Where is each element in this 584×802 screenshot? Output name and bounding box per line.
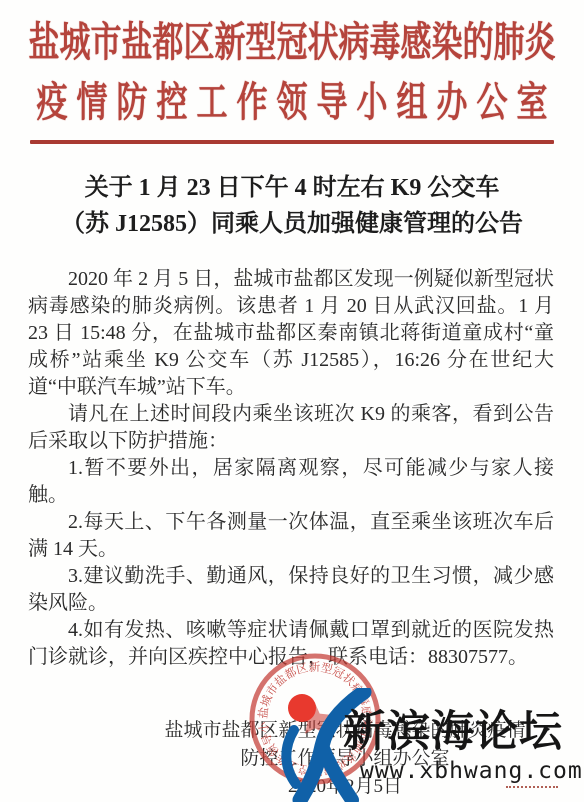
notice-paragraph: 2020 年 2 月 5 日，盐城市盐都区发现一例疑似新型冠状病毒感染的肺炎病例… — [28, 266, 554, 401]
notice-body: 2020 年 2 月 5 日，盐城市盐都区发现一例疑似新型冠状病毒感染的肺炎病例… — [28, 266, 554, 671]
letterhead-line-2-text: 疫情防控工作领导小组办公室 — [28, 67, 557, 138]
signature-org-line-2: 防控工作领导小组办公室 — [106, 745, 584, 773]
notice-paragraph: 2.每天上、下午各测量一次体温，直至乘坐该班次车后满 14 天。 — [28, 509, 554, 563]
notice-paragraph: 1.暂不要外出，居家隔离观察，尽可能减少与家人接触。 — [28, 455, 554, 509]
letterhead-line-2: 疫情防控工作领导小组办公室 — [0, 76, 584, 136]
document-title-line-2: （苏 J12585）同乘人员加强健康管理的公告 — [0, 206, 584, 242]
notice-document: 盐城市盐都区新型冠状病毒感染的肺炎 疫情防控工作领导小组办公室 关于 1 月 2… — [0, 0, 584, 802]
notice-paragraph: 4.如有发热、咳嗽等症状请佩戴口罩到就近的医院发热门诊就诊，并向区疾控中心报告，… — [28, 617, 554, 671]
document-title: 关于 1 月 23 日下午 4 时左右 K9 公交车 （苏 J12585）同乘人… — [0, 170, 584, 242]
letterhead: 盐城市盐都区新型冠状病毒感染的肺炎 疫情防控工作领导小组办公室 — [0, 0, 584, 144]
notice-paragraph: 3.建议勤洗手、勤通风，保持良好的卫生习惯，减少感染风险。 — [28, 563, 554, 617]
document-title-line-1: 关于 1 月 23 日下午 4 时左右 K9 公交车 — [0, 170, 584, 206]
notice-paragraph: 请凡在上述时间段内乘坐该班次 K9 的乘客，看到公告后采取以下防护措施： — [28, 401, 554, 455]
signature-date: 2020年2月5日 — [106, 773, 584, 801]
signature-org-line-1: 盐城市盐都区新型冠状病毒感染的肺炎疫情 — [106, 717, 584, 745]
letterhead-divider-rule — [30, 140, 554, 144]
signature-block: 盐城市盐都区新型冠状病毒感染的肺炎疫情 防控工作领导小组办公室 2020年2月5… — [0, 717, 584, 801]
